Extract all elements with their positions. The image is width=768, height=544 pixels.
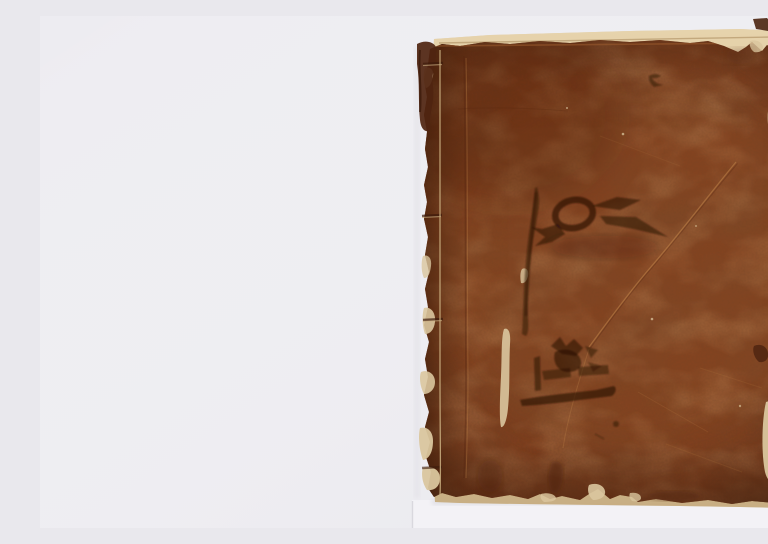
- cover-vignette: [418, 34, 768, 508]
- cover-tonal-washes: [398, 28, 768, 508]
- stain-bottom-left: [478, 460, 502, 492]
- photo-canvas: Photograph of an aged Japanese stab-boun…: [40, 16, 768, 528]
- paper-speck: [566, 107, 568, 109]
- photo-of-antique-book: Photograph of an aged Japanese stab-boun…: [40, 16, 768, 528]
- paper-speck: [695, 225, 697, 227]
- book-cast-shadow-left: [414, 46, 420, 498]
- stitch-thread-vertical: [440, 50, 441, 495]
- spine-flap-strand: [419, 50, 420, 112]
- faded-kanji-left-tick: [534, 356, 541, 391]
- paper-speck: [651, 318, 654, 321]
- paper-speck: [739, 405, 741, 407]
- stitch-slit: [422, 467, 442, 468]
- stitch-slit: [422, 215, 442, 216]
- faded-ink-smudge: [550, 235, 660, 259]
- paper-speck: [622, 133, 625, 136]
- book: [398, 18, 768, 508]
- stain-top-smudge: [726, 48, 754, 64]
- faded-ink-dot: [613, 421, 619, 427]
- stain-bottom-smudge: [648, 491, 700, 501]
